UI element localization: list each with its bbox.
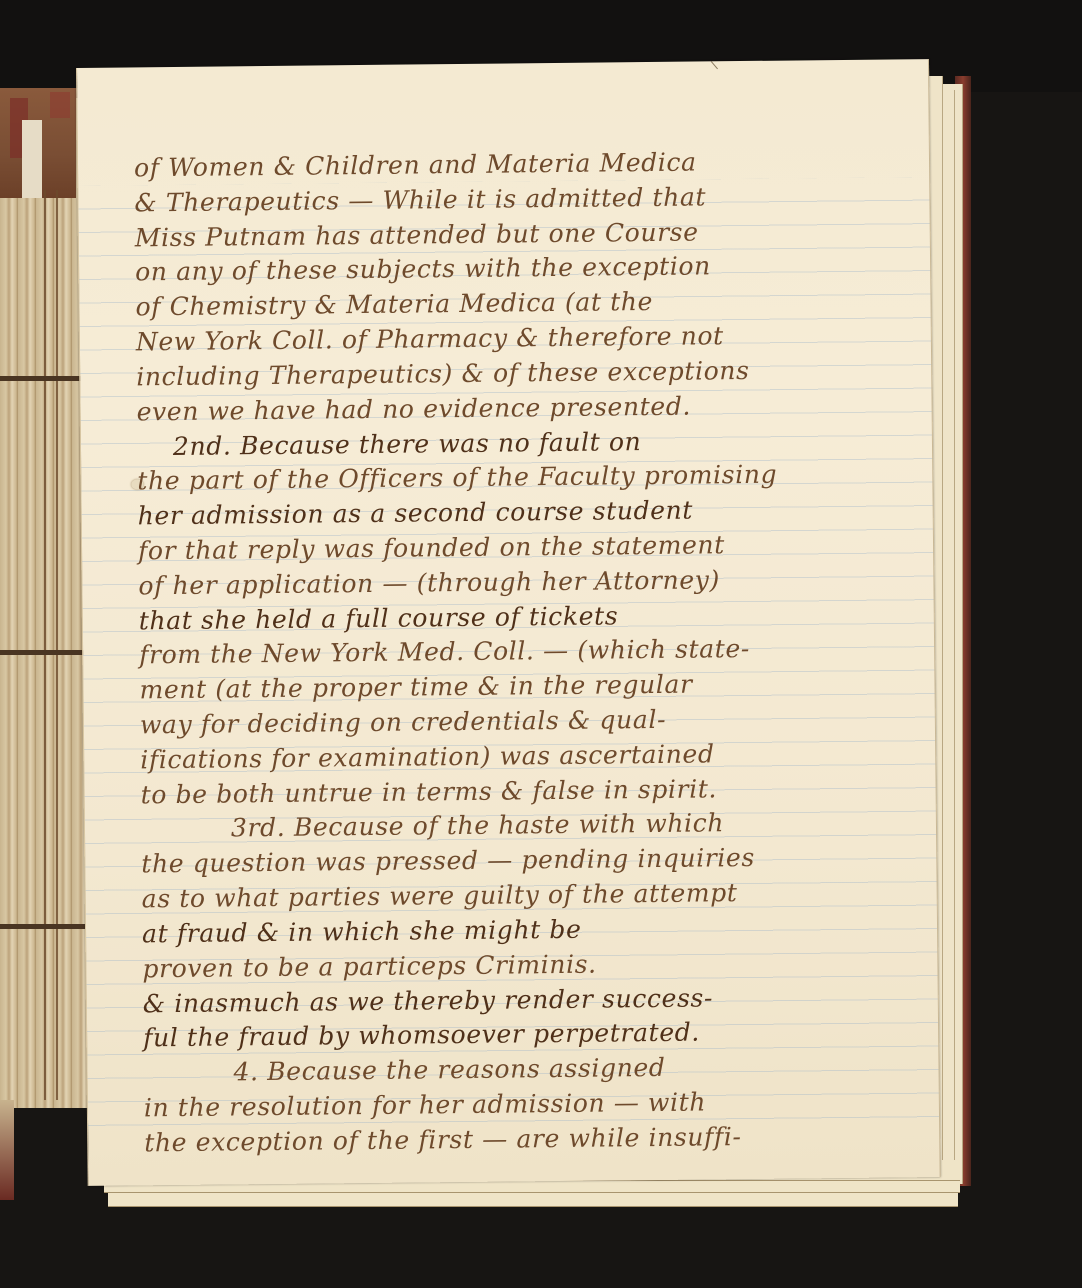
cover-edge-left [0, 1100, 14, 1200]
leather-wear-mark [50, 92, 70, 118]
text-line: the exception of the first — are while i… [144, 1118, 934, 1161]
page-tear-mark [703, 61, 718, 76]
spine-gather-line [44, 190, 46, 1100]
handwritten-text: of Women & Children and Materia Medica &… [134, 143, 935, 1161]
spine-gather-line [56, 190, 58, 1100]
manuscript-page: of Women & Children and Materia Medica &… [76, 59, 941, 1186]
spine-paper-tab [22, 120, 42, 198]
